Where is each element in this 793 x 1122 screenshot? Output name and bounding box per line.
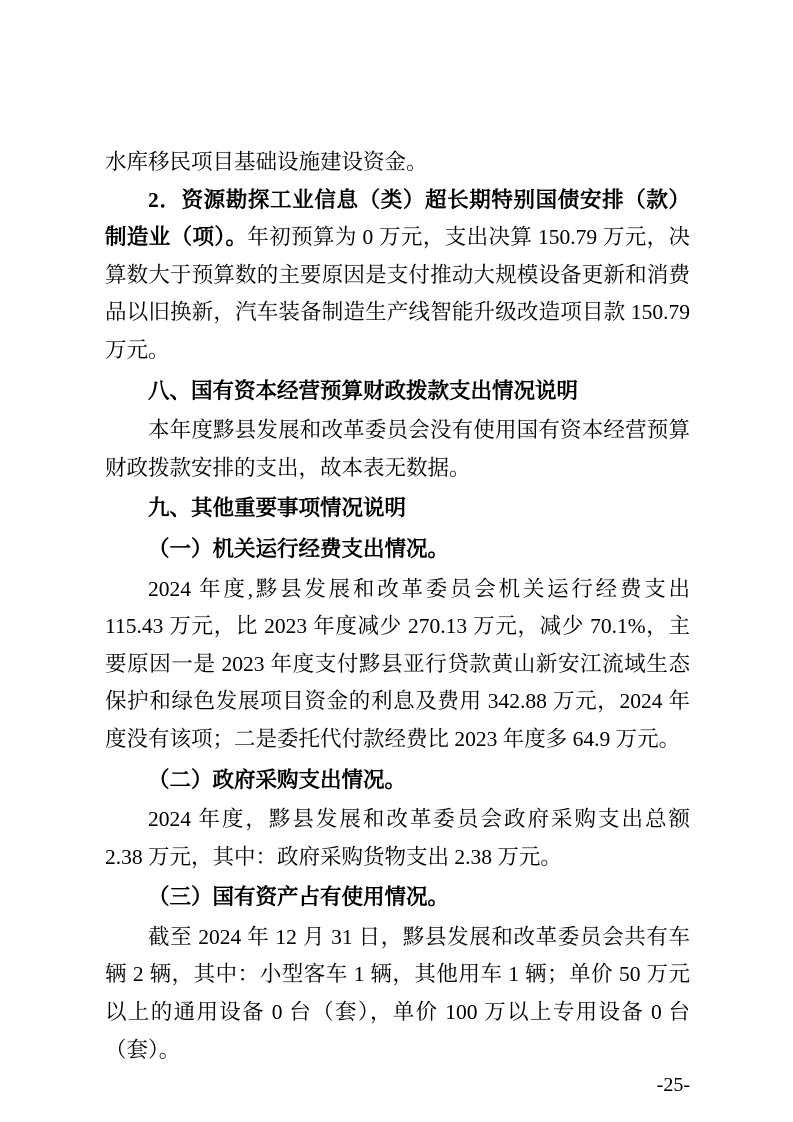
text-run: 八、国有资本经营预算财政拨款支出情况说明: [148, 379, 578, 403]
text-run: 本年度黟县发展和改革委员会没有使用国有资本经营预算财政拨款安排的支出，故本表无数…: [105, 418, 690, 480]
paragraph: 2．资源勘探工业信息（类）超长期特别国债安排（款）制造业（项）。年初预算为 0 …: [105, 182, 690, 370]
text-run: （一）机关运行经费支出情况。: [148, 537, 449, 561]
paragraph: 2024 年度，黟县发展和改革委员会政府采购支出总额 2.38 万元，其中：政府…: [105, 801, 690, 876]
paragraph: 本年度黟县发展和改革委员会没有使用国有资本经营预算财政拨款安排的支出，故本表无数…: [105, 412, 690, 487]
section-heading: （一）机关运行经费支出情况。: [105, 531, 690, 569]
section-heading: 九、其他重要事项情况说明: [105, 490, 690, 528]
text-run: 2024 年度,黟县发展和改革委员会机关运行经费支出 115.43 万元，比 2…: [105, 577, 690, 751]
paragraph: 2024 年度,黟县发展和改革委员会机关运行经费支出 115.43 万元，比 2…: [105, 571, 690, 759]
text-run: （二）政府采购支出情况。: [148, 768, 406, 792]
text-run: 水库移民项目基础设施建设资金。: [105, 150, 428, 174]
text-blocks: 水库移民项目基础设施建设资金。2．资源勘探工业信息（类）超长期特别国债安排（款）…: [105, 144, 690, 1069]
section-heading: （三）国有资产占有使用情况。: [105, 879, 690, 917]
text-run: 九、其他重要事项情况说明: [148, 496, 406, 520]
section-heading: 八、国有资本经营预算财政拨款支出情况说明: [105, 373, 690, 411]
text-run: 截至 2024 年 12 月 31 日，黟县发展和改革委员会共有车辆 2 辆，其…: [105, 925, 690, 1062]
page-number: -25-: [105, 1074, 690, 1096]
section-heading: （二）政府采购支出情况。: [105, 762, 690, 800]
document-page: 水库移民项目基础设施建设资金。2．资源勘探工业信息（类）超长期特别国债安排（款）…: [0, 0, 793, 1122]
text-run: 2024 年度，黟县发展和改革委员会政府采购支出总额 2.38 万元，其中：政府…: [105, 807, 690, 869]
paragraph: 水库移民项目基础设施建设资金。: [105, 144, 690, 182]
document-content: 水库移民项目基础设施建设资金。2．资源勘探工业信息（类）超长期特别国债安排（款）…: [105, 144, 690, 1096]
paragraph: 截至 2024 年 12 月 31 日，黟县发展和改革委员会共有车辆 2 辆，其…: [105, 919, 690, 1069]
text-run: （三）国有资产占有使用情况。: [148, 885, 449, 909]
